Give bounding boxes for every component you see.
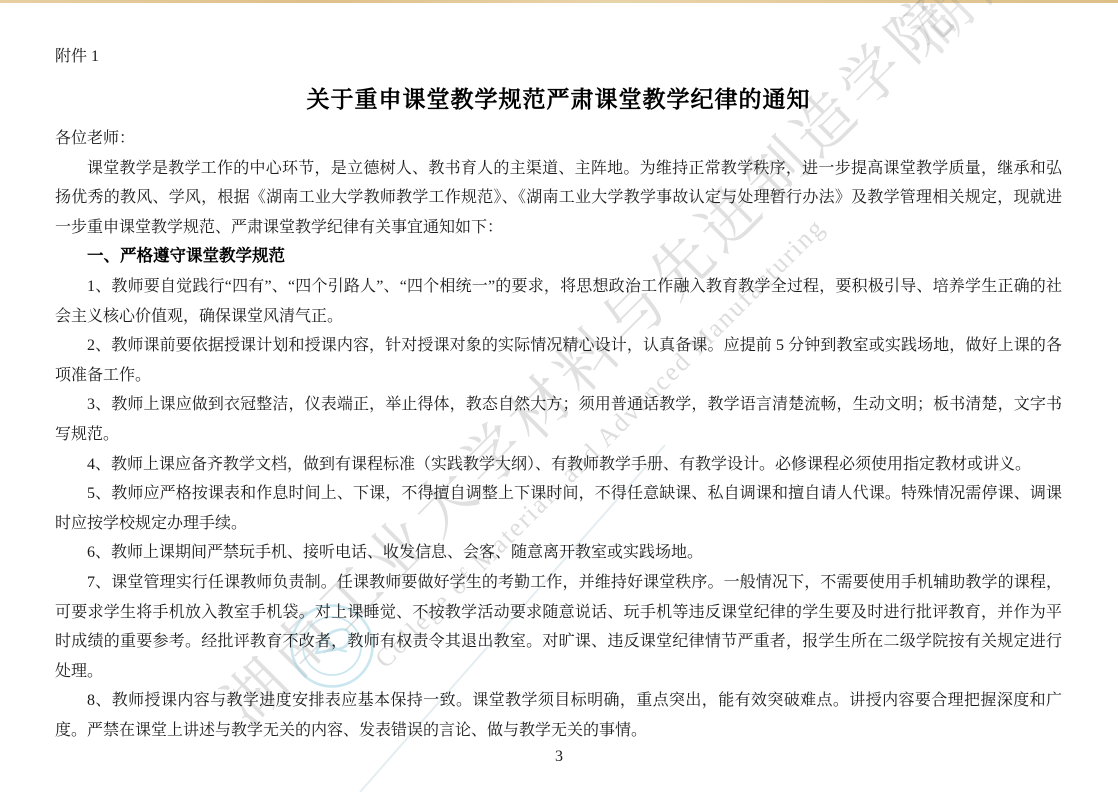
document-page: 湖南工业大学材料与先进制造学院 College of Materials and…: [0, 0, 1118, 792]
document-body: 各位老师： 课堂教学是教学工作的中心环节，是立德树人、教书育人的主渠道、主阵地。…: [55, 124, 1062, 745]
rule-item: 7、课堂管理实行任课教师负责制。任课教师要做好学生的考勤工作，并维持好课堂秩序。…: [55, 568, 1062, 686]
rule-item: 6、教师上课期间严禁玩手机、接听电话、收发信息、会客、随意离开教室或实践场地。: [55, 538, 1062, 568]
intro-paragraph: 课堂教学是教学工作的中心环节，是立德树人、教书育人的主渠道、主阵地。为维持正常教…: [55, 154, 1062, 243]
document-title: 关于重申课堂教学规范严肃课堂教学纪律的通知: [55, 86, 1062, 112]
top-border-strip: [0, 0, 1118, 3]
rule-item: 1、教师要自觉践行“四有”、“四个引路人”、“四个相统一”的要求，将思想政治工作…: [55, 272, 1062, 331]
rule-item: 8、教师授课内容与教学进度安排表应基本保持一致。课堂教学须目标明确，重点突出，能…: [55, 686, 1062, 745]
rule-item: 4、教师上课应备齐教学文档，做到有课程标准（实践教学大纲）、有教师教学手册、有教…: [55, 450, 1062, 480]
section-heading: 一、严格遵守课堂教学规范: [55, 242, 1062, 272]
rule-item: 5、教师应严格按课表和作息时间上、下课，不得擅自调整上下课时间，不得任意缺课、私…: [55, 479, 1062, 538]
salutation: 各位老师：: [55, 124, 1062, 154]
page-number: 3: [0, 746, 1118, 768]
attachment-label: 附件 1: [55, 46, 1062, 68]
document-content: 附件 1 关于重申课堂教学规范严肃课堂教学纪律的通知 各位老师： 课堂教学是教学…: [55, 46, 1062, 745]
rule-item: 2、教师课前要依据授课计划和授课内容，针对授课对象的实际情况精心设计，认真备课。…: [55, 331, 1062, 390]
rule-item: 3、教师上课应做到衣冠整洁，仪表端正，举止得体，教态自然大方；须用普通话教学，教…: [55, 390, 1062, 449]
